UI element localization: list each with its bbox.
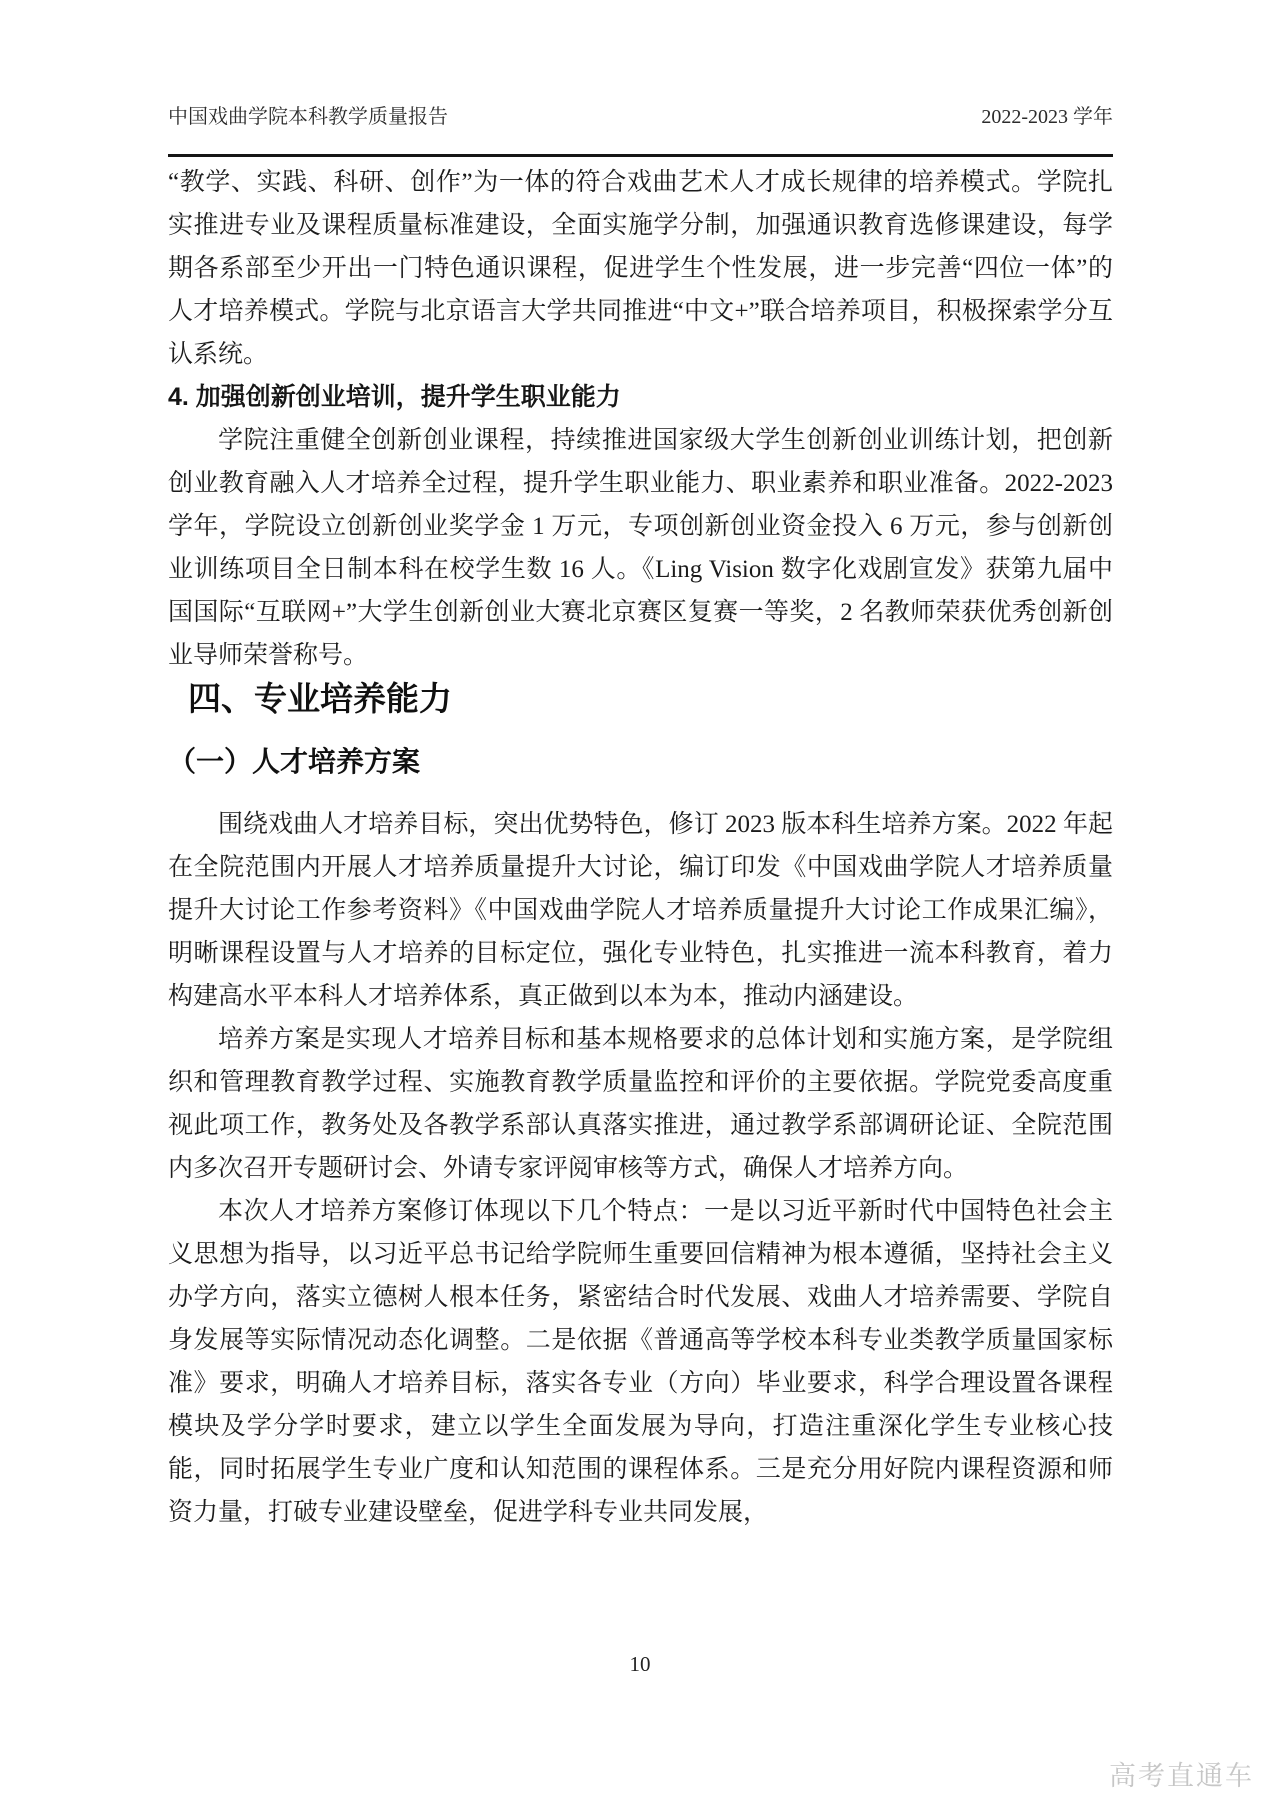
paragraph: 本次人才培养方案修订体现以下几个特点：一是以习近平新时代中国特色社会主义思想为指… xyxy=(168,1190,1113,1534)
header-divider xyxy=(168,154,1113,157)
document-body: “教学、实践、科研、创作”为一体的符合戏曲艺术人才成长规律的培养模式。学院扎实推… xyxy=(168,161,1113,1534)
page-header: 中国戏曲学院本科教学质量报告 2022-2023 学年 xyxy=(168,102,1113,132)
watermark: 高考直通车 xyxy=(1109,1754,1254,1793)
paragraph: 学院注重健全创新创业课程，持续推进国家级大学生创新创业训练计划，把创新创业教育融… xyxy=(168,419,1113,677)
page-content: 中国戏曲学院本科教学质量报告 2022-2023 学年 “教学、实践、科研、创作… xyxy=(168,0,1113,1534)
page-number: 10 xyxy=(0,1652,1280,1677)
subsection-title: （一）人才培养方案 xyxy=(168,745,1113,779)
header-academic-year: 2022-2023 学年 xyxy=(981,102,1113,132)
section-title: 四、专业培养能力 xyxy=(168,677,1113,718)
paragraph: 围绕戏曲人才培养目标，突出优势特色，修订 2023 版本科生培养方案。2022 … xyxy=(168,803,1113,1018)
paragraph: 培养方案是实现人才培养目标和基本规格要求的总体计划和实施方案，是学院组织和管理教… xyxy=(168,1018,1113,1190)
paragraph-continuation: “教学、实践、科研、创作”为一体的符合戏曲艺术人才成长规律的培养模式。学院扎实推… xyxy=(168,161,1113,376)
document-page: 中国戏曲学院本科教学质量报告 2022-2023 学年 “教学、实践、科研、创作… xyxy=(0,0,1280,1810)
numbered-item-heading: 4. 加强创新创业培训，提升学生职业能力 xyxy=(168,376,1113,419)
header-report-title: 中国戏曲学院本科教学质量报告 xyxy=(168,102,448,132)
